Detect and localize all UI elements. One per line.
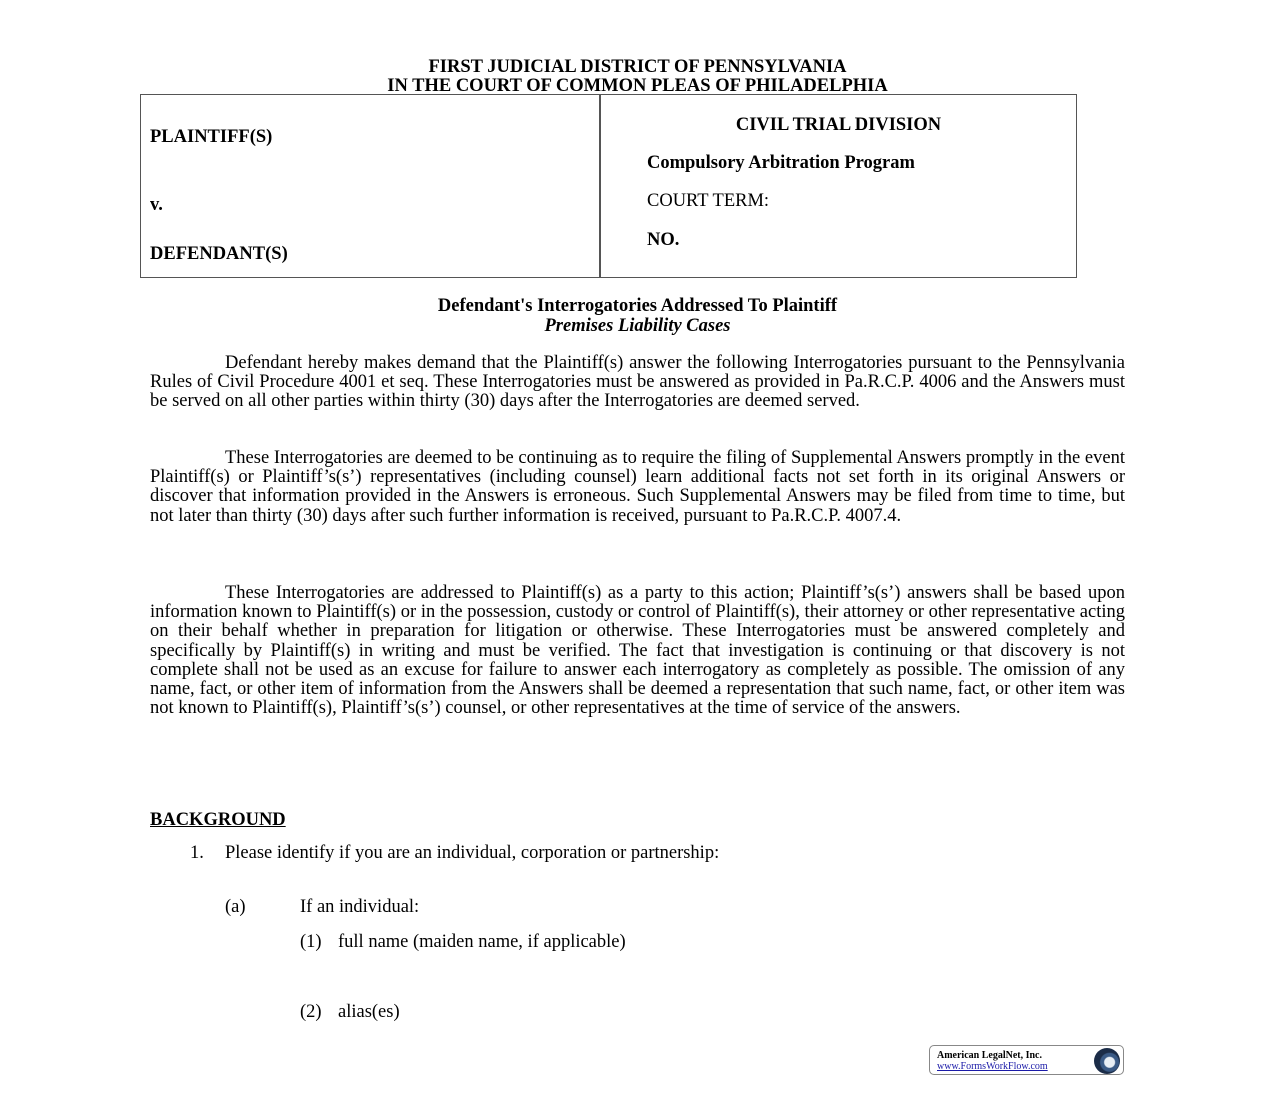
question-1-text: Please identify if you are an individual…	[225, 843, 719, 863]
defendant-label: DEFENDANT(S)	[150, 244, 288, 264]
versus-label: v.	[150, 195, 163, 215]
case-number-label: NO.	[647, 230, 679, 250]
continuing-paragraph: These Interrogatories are deemed to be c…	[150, 449, 1125, 526]
document-title: Defendant's Interrogatories Addressed To…	[0, 296, 1275, 316]
globe-logo-icon	[1094, 1048, 1120, 1074]
item-1-label: (1)	[300, 932, 322, 952]
plaintiff-label: PLAINTIFF(S)	[150, 127, 272, 147]
background-heading: BACKGROUND	[150, 810, 286, 831]
publisher-badge[interactable]: American LegalNet, Inc. www.FormsWorkFlo…	[929, 1045, 1124, 1075]
division-label: CIVIL TRIAL DIVISION	[600, 115, 1077, 135]
question-1-number: 1.	[190, 843, 204, 863]
item-1-text: full name (maiden name, if applicable)	[338, 932, 626, 952]
scope-paragraph: These Interrogatories are addressed to P…	[150, 584, 1125, 718]
court-district-title: FIRST JUDICIAL DISTRICT OF PENNSYLVANIA	[0, 58, 1275, 77]
court-term-label: COURT TERM:	[647, 191, 769, 211]
sub-item-a-text: If an individual:	[300, 897, 419, 917]
intro-paragraph: Defendant hereby makes demand that the P…	[150, 354, 1125, 412]
sub-item-a-label: (a)	[225, 897, 246, 917]
program-label: Compulsory Arbitration Program	[647, 153, 915, 173]
document-subtitle: Premises Liability Cases	[0, 316, 1275, 336]
publisher-name: American LegalNet, Inc.	[937, 1050, 1042, 1061]
item-2-label: (2)	[300, 1002, 322, 1022]
publisher-link[interactable]: www.FormsWorkFlow.com	[937, 1061, 1048, 1072]
item-2-text: alias(es)	[338, 1002, 400, 1022]
